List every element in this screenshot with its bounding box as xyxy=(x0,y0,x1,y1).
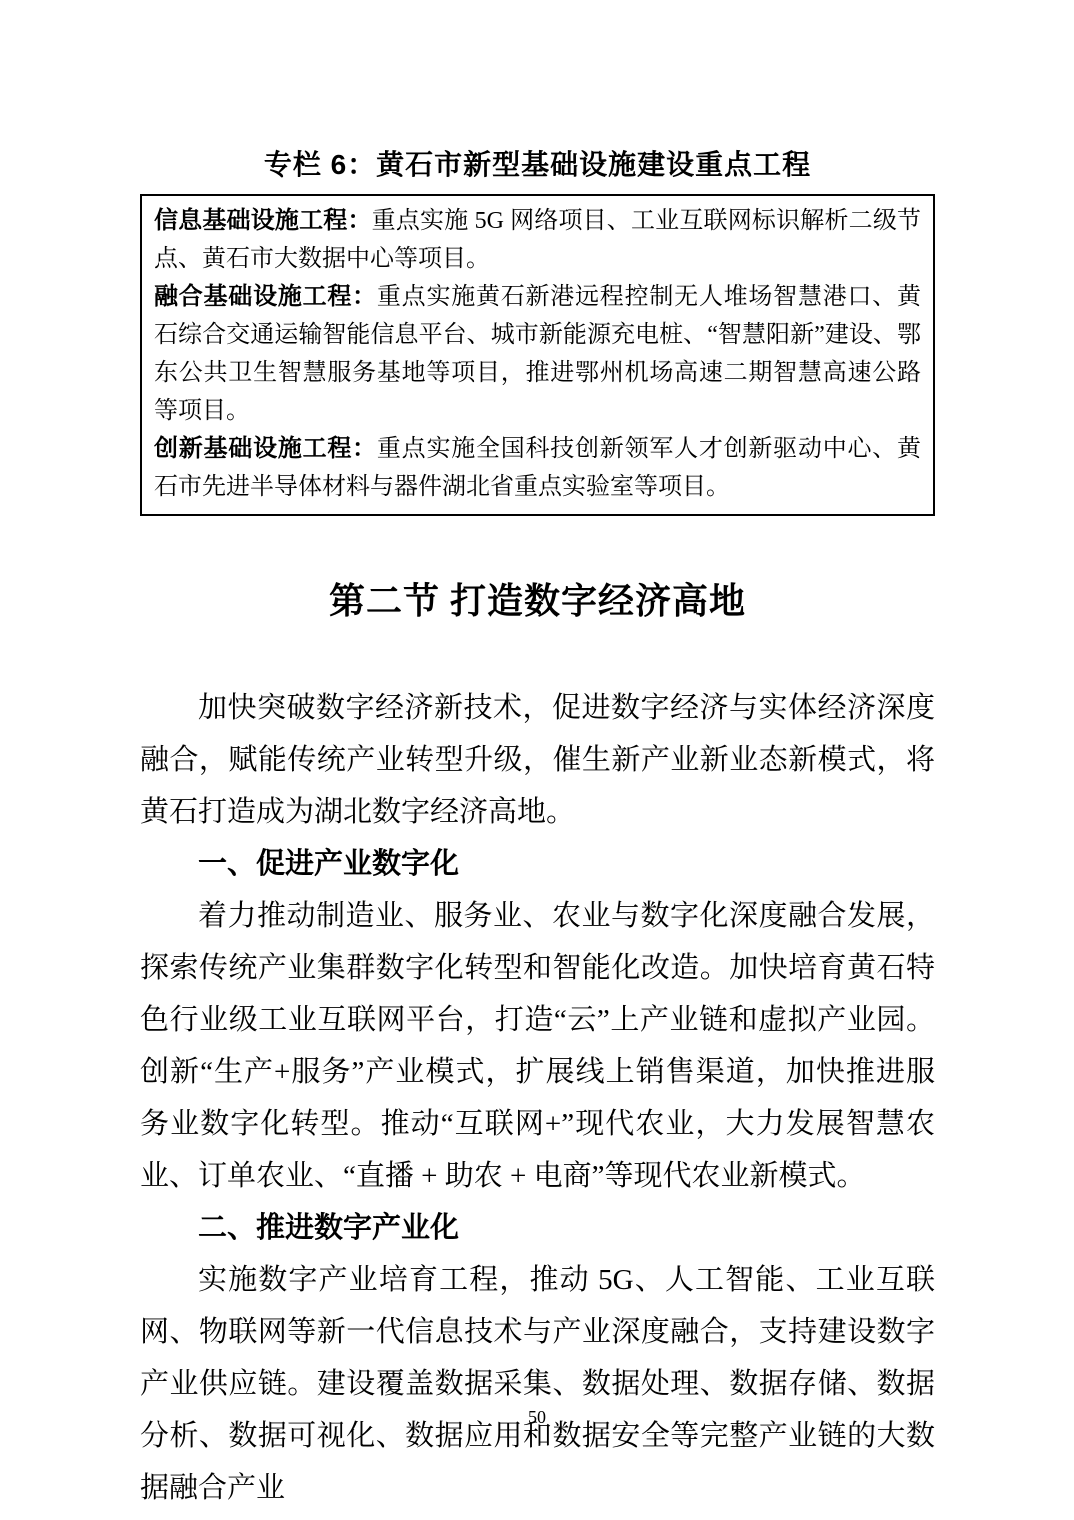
column-box: 信息基础设施工程：重点实施 5G 网络项目、工业互联网标识解析二级节点、黄石市大… xyxy=(140,194,935,516)
column-box-title: 专栏 6：黄石市新型基础设施建设重点工程 xyxy=(140,146,935,184)
column-box-item-info-label: 信息基础设施工程： xyxy=(154,208,372,234)
column-box-item-fusion: 融合基础设施工程：重点实施黄石新港远程控制无人堆场智慧港口、黄石综合交通运输智能… xyxy=(154,278,921,430)
section-intro-paragraph: 加快突破数字经济新技术，促进数字经济与实体经济深度融合，赋能传统产业转型升级，催… xyxy=(140,682,935,838)
column-box-item-innovation-label: 创新基础设施工程： xyxy=(154,436,377,462)
column-box-item-innovation: 创新基础设施工程：重点实施全国科技创新领军人才创新驱动中心、黄石市先进半导体材料… xyxy=(154,430,921,506)
page-number: 50 xyxy=(0,1406,1074,1428)
subsection-paragraph-1: 着力推动制造业、服务业、农业与数字化深度融合发展，探索传统产业集群数字化转型和智… xyxy=(140,890,935,1202)
section-heading: 第二节 打造数字经济高地 xyxy=(140,576,935,626)
subsection-heading-2: 二、推进数字产业化 xyxy=(140,1202,935,1254)
document-page: 专栏 6：黄石市新型基础设施建设重点工程 信息基础设施工程：重点实施 5G 网络… xyxy=(0,0,1074,1520)
column-box-item-fusion-label: 融合基础设施工程： xyxy=(154,284,377,310)
page-content: 专栏 6：黄石市新型基础设施建设重点工程 信息基础设施工程：重点实施 5G 网络… xyxy=(0,146,1074,1514)
subsection-heading-1: 一、促进产业数字化 xyxy=(140,838,935,890)
column-box-item-info: 信息基础设施工程：重点实施 5G 网络项目、工业互联网标识解析二级节点、黄石市大… xyxy=(154,202,921,278)
section-body: 加快突破数字经济新技术，促进数字经济与实体经济深度融合，赋能传统产业转型升级，催… xyxy=(140,682,935,1514)
subsection-paragraph-2: 实施数字产业培育工程，推动 5G、人工智能、工业互联网、物联网等新一代信息技术与… xyxy=(140,1254,935,1514)
